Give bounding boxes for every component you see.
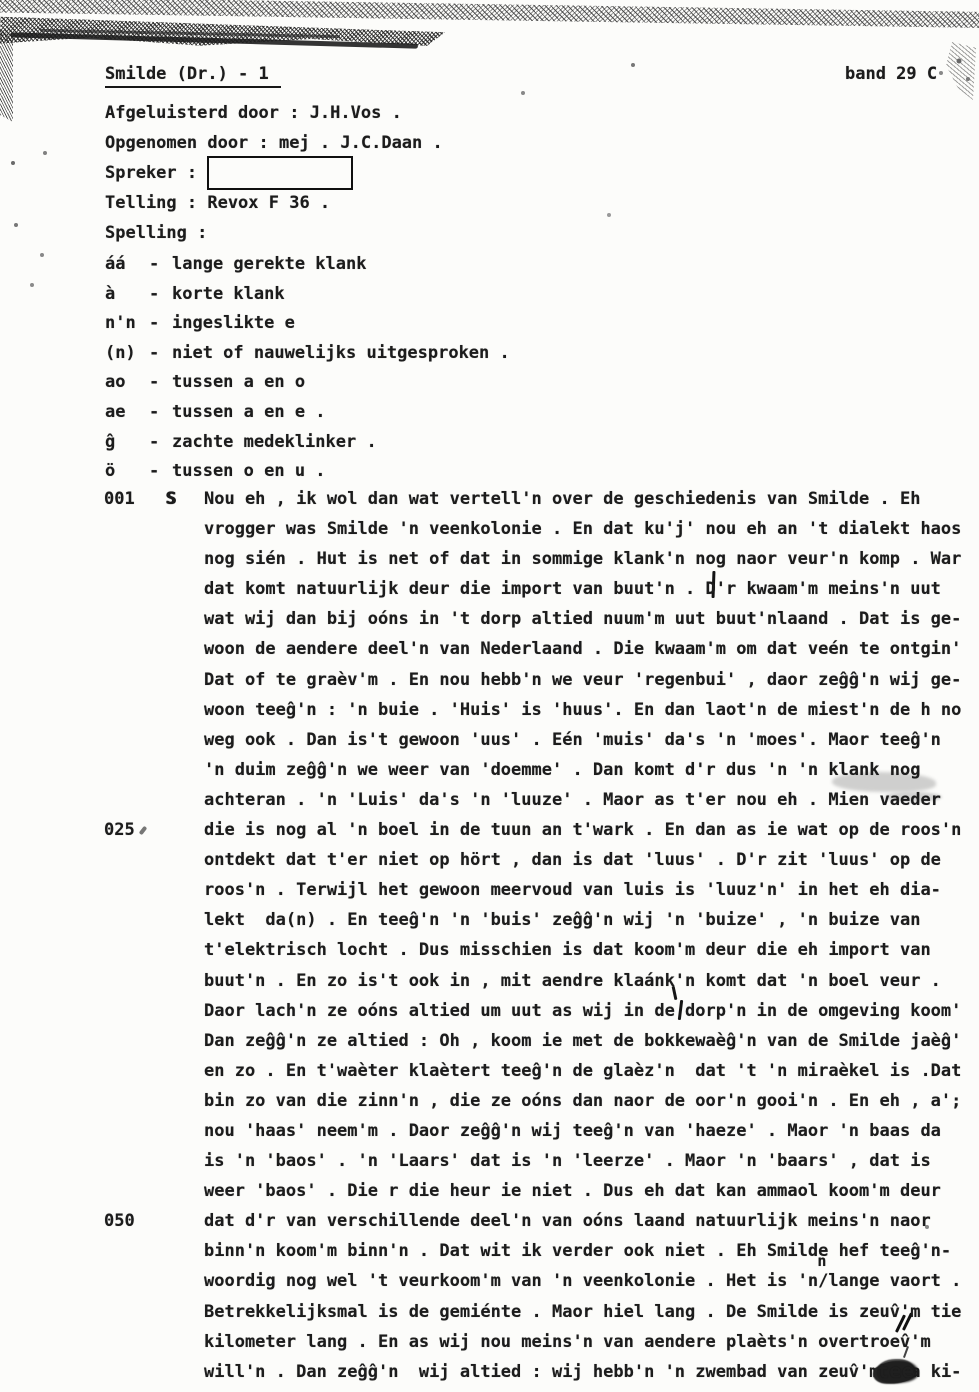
legend-symbol: (n) [105,343,136,363]
transcript-line: nou 'haas' neem'm . Daor zeĝĝ'n wij teeĝ… [0,1121,979,1151]
transcript-text: bin zo van die zinn'n , die ze oóns dan … [204,1091,961,1111]
transcript-text: ontdekt dat t'er niet op hört , dan is d… [204,850,941,870]
scan-artifact-right-corner [946,42,976,100]
scan-artifact-dark-streak [10,32,418,48]
legend-dash: - [149,343,159,363]
transcript-line: binn'n koom'm binn'n . Dat wit ik verder… [0,1241,979,1271]
transcript-line: ontdekt dat t'er niet op hört , dan is d… [0,850,979,880]
band-label: band 29 C [845,64,937,84]
legend-desc: ingeslikte e [172,313,295,333]
transcript-line: woordig nog wel 't veurkoom'm van 'n vee… [0,1271,979,1301]
legend-row: ö - tussen o en u . [0,461,979,491]
scan-artifact-top-left-band [0,17,445,55]
transcript-line: roos'n . Terwijl het gewoon meervoud van… [0,880,979,910]
transcript-segment: a ki- [910,1362,961,1382]
legend-dash: - [149,432,159,452]
transcript-text: Betrekkelijksmal is de gemiénte . Maor h… [204,1302,961,1322]
transcript-text: en zo . En t'waèter klaètert teeĝ'n de g… [204,1061,961,1081]
transcript-text: weg ook . Dan is't gewoon 'uus' . Eén 'm… [204,730,941,750]
transcript-text: Dan zeĝĝ'n ze altied : Oh , koom ie met … [204,1031,961,1051]
transcript-line: Dat of te graèv'm . En nou hebb'n we veu… [0,670,979,700]
transcript-line: Dan zeĝĝ'n ze altied : Oh , koom ie met … [0,1031,979,1061]
transcript-line: dat komt natuurlijk deur die import van … [0,579,979,609]
spelling-legend: áá - lange gerekte klank à - korte klank… [0,254,979,491]
transcript-line: 050dat d'r van verschillende deel'n van … [0,1211,979,1241]
transcript-line: will'n . Dan zeĝĝ'n wij altied : wij heb… [0,1362,979,1392]
legend-row: (n) - niet of nauwelijks uitgesproken . [0,343,979,373]
legend-dash: - [149,254,159,274]
scan-artifact-specks [0,0,2,2]
transcript-blot-segment: tee [876,1361,913,1383]
title-row: Smilde (Dr.) - 1 [105,64,281,88]
header-line-opgenomen: Opgenomen door : mej . J.C.Daan . [105,133,443,153]
legend-row: à - korte klank [0,284,979,314]
transcript-line: wat wij dan bij oóns in 't dorp altied n… [0,609,979,639]
legend-symbol: ae [105,402,125,422]
transcript-line: buut'n . En zo is't ook in , mit aendre … [0,971,979,1001]
scan-artifact-dark-streak-2 [40,29,340,38]
legend-desc: tussen o en u . [172,461,326,481]
transcript-text: Dat of te graèv'm . En nou hebb'n we veu… [204,670,961,690]
transcript-text: nog sién . Hut is net of dat in sommige … [204,549,961,569]
legend-dash: - [149,402,159,422]
legend-desc: tussen a en o [172,372,305,392]
legend-desc: korte klank [172,284,285,304]
transcript-line: is 'n 'baos' . 'n 'Laars' dat is 'n 'lee… [0,1151,979,1181]
transcript-line: Betrekkelijksmal is de gemiénte . Maor h… [0,1302,979,1332]
legend-row: ae - tussen a en e . [0,402,979,432]
legend-dash: - [149,313,159,333]
transcript-line: Daor lach'n ze oóns altied um uut as wij… [0,1001,979,1031]
speaker-mark: S [166,489,176,509]
transcript-line: 'n duim zeĝĝ'n we weer van 'doemme' . Da… [0,760,979,790]
transcript-text: woon de aendere deel'n van Nederlaand . … [204,639,961,659]
transcript-line: t'elektrisch locht . Dus misschien is da… [0,940,979,970]
transcript-text: Daor lach'n ze oóns altied um uut as wij… [204,1001,961,1021]
transcript-text: t'elektrisch locht . Dus misschien is da… [204,940,931,960]
transcript-text: lekt da(n) . En teeĝ'n 'n 'buis' zeĝĝ'n … [204,910,920,930]
legend-row: ao - tussen a en o [0,372,979,402]
legend-row: ĝ - zachte medeklinker . [0,432,979,462]
legend-desc: tussen a en e . [172,402,326,422]
transcript-line: kilometer lang . En as wij nou meins'n v… [0,1332,979,1362]
legend-symbol: ö [105,461,115,481]
transcript-text: wat wij dan bij oóns in 't dorp altied n… [204,609,961,629]
transcript-line: nog sién . Hut is net of dat in sommige … [0,549,979,579]
transcript-text: Nou eh , ik wol dan wat vertell'n over d… [204,489,920,509]
legend-desc: zachte medeklinker . [172,432,377,452]
transcript-line: en zo . En t'waèter klaètert teeĝ'n de g… [0,1061,979,1091]
transcript-line: weg ook . Dan is't gewoon 'uus' . Eén 'm… [0,730,979,760]
transcript-text: die is nog al 'n boel in de tuun an t'wa… [204,820,961,840]
scanned-document-page: Smilde (Dr.) - 1 band 29 C Afgeluisterd … [0,0,979,1392]
legend-dash: - [149,461,159,481]
transcript: 001SNou eh , ik wol dan wat vertell'n ov… [0,489,979,1392]
transcript-text: is 'n 'baos' . 'n 'Laars' dat is 'n 'lee… [204,1151,931,1171]
transcript-line: 001SNou eh , ik wol dan wat vertell'n ov… [0,489,979,519]
legend-row: áá - lange gerekte klank [0,254,979,284]
transcript-text: binn'n koom'm binn'n . Dat wit ik verder… [204,1241,951,1261]
transcript-text: kilometer lang . En as wij nou meins'n v… [204,1332,931,1352]
legend-desc: lange gerekte klank [172,254,366,274]
scan-artifact-top-band [0,0,979,28]
page-title: Smilde (Dr.) - 1 [105,64,281,88]
transcript-line: woon teeĝ'n : 'n buie . 'Huis' is 'huus'… [0,700,979,730]
transcript-line: vrogger was Smilde 'n veenkolonie . En d… [0,519,979,549]
legend-desc: niet of nauwelijks uitgesproken . [172,343,510,363]
transcript-text: woon teeĝ'n : 'n buie . 'Huis' is 'huus'… [204,700,961,720]
legend-symbol: ao [105,372,125,392]
transcript-text: achteran . 'n 'Luis' da's 'n 'luuze' . M… [204,790,941,810]
spreker-box [207,156,353,190]
transcript-line: bin zo van die zinn'n , die ze oóns dan … [0,1091,979,1121]
legend-symbol: ĝ [105,432,115,452]
header-line-afgeluisterd: Afgeluisterd door : J.H.Vos . [105,103,402,123]
transcript-line: woon de aendere deel'n van Nederlaand . … [0,639,979,669]
transcript-line: 025die is nog al 'n boel in de tuun an t… [0,820,979,850]
margin-number: 001 [104,489,135,509]
transcript-text: dat komt natuurlijk deur die import van … [204,579,941,599]
margin-number: 025 [104,820,135,840]
transcript-text: will'n . Dan zeĝĝ'n wij altied : wij heb… [204,1362,961,1382]
header-line-spelling: Spelling : [105,223,207,243]
scan-artifact-left-edge [0,30,13,122]
transcript-segment: hef teeĝ'n- [828,1241,951,1261]
transcript-text: dat d'r van verschillende deel'n van oón… [204,1211,931,1231]
transcript-line: weer 'baos' . Die r die heur ie niet . D… [0,1181,979,1211]
legend-symbol: à [105,284,115,304]
transcript-line: achteran . 'n 'Luis' da's 'n 'luuze' . M… [0,790,979,820]
transcript-line: lekt da(n) . En teeĝ'n 'n 'buis' zeĝĝ'n … [0,910,979,940]
transcript-text: weer 'baos' . Die r die heur ie niet . D… [204,1181,941,1201]
legend-dash: - [149,284,159,304]
legend-dash: - [149,372,159,392]
legend-row: n'n - ingeslikte e [0,313,979,343]
transcript-text: nou 'haas' neem'm . Daor zeĝĝ'n wij teeĝ… [204,1121,941,1141]
transcript-text: roos'n . Terwijl het gewoon meervoud van… [204,880,941,900]
legend-symbol: áá [105,254,125,274]
transcript-text: 'n duim zeĝĝ'n we weer van 'doemme' . Da… [204,760,920,780]
margin-number: 050 [104,1211,135,1231]
header-line-telling: Telling : Revox F 36 . [105,193,330,213]
transcript-segment: will'n . Dan zeĝĝ'n wij altied : wij heb… [204,1362,880,1382]
transcript-text: vrogger was Smilde 'n veenkolonie . En d… [204,519,961,539]
transcript-segment: binn'n koom'm binn'n . Dat wit ik verder… [204,1241,828,1261]
legend-symbol: n'n [105,313,136,333]
transcript-text: buut'n . En zo is't ook in , mit aendre … [204,971,941,991]
transcript-text: woordig nog wel 't veurkoom'm van 'n vee… [204,1271,961,1291]
header-line-spreker: Spreker : [105,163,197,183]
